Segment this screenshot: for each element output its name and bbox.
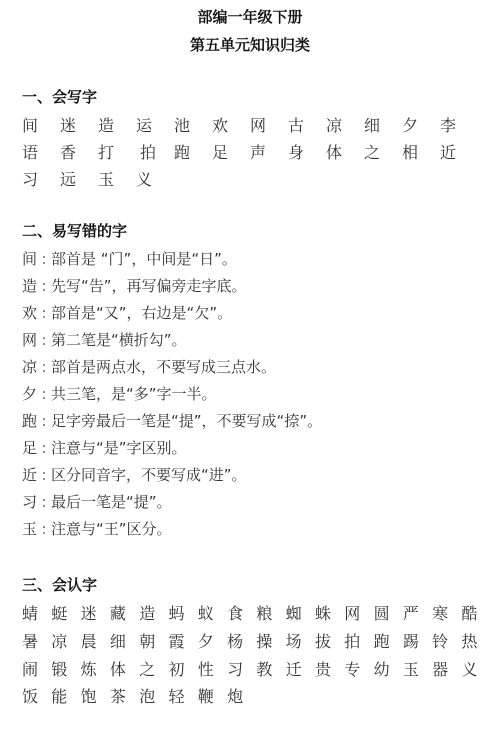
char: 夕 bbox=[402, 113, 440, 136]
char: 专 bbox=[344, 657, 373, 680]
char: 义 bbox=[136, 167, 174, 190]
note-char: 玉 bbox=[22, 518, 37, 539]
error-note-item: 足:注意与“是”字区别。 bbox=[22, 437, 187, 458]
section1-char-row: 间 迷 造 运 池 欢 网 古 凉 细 夕 李 bbox=[22, 113, 478, 136]
char: 泡 bbox=[139, 684, 168, 707]
char: 性 bbox=[198, 657, 227, 680]
char: 近 bbox=[440, 140, 478, 163]
char: 蜘 bbox=[286, 601, 315, 624]
note-text: 部首是“又”，右边是“欠”。 bbox=[51, 304, 232, 322]
error-note-item: 习:最后一笔是“提”。 bbox=[22, 491, 172, 512]
char: 间 bbox=[22, 113, 60, 136]
char: 体 bbox=[110, 657, 139, 680]
char: 声 bbox=[250, 140, 288, 163]
error-note-item: 造:先写“告”，再写偏旁走字底。 bbox=[22, 275, 247, 296]
char: 细 bbox=[364, 113, 402, 136]
char: 语 bbox=[22, 140, 60, 163]
note-text: 注意与“王”区分。 bbox=[51, 520, 172, 538]
note-separator: : bbox=[37, 412, 51, 430]
char: 体 bbox=[326, 140, 364, 163]
char: 杨 bbox=[227, 629, 256, 652]
char: 拍 bbox=[344, 629, 373, 652]
note-separator: : bbox=[37, 385, 51, 403]
char: 欢 bbox=[212, 113, 250, 136]
char: 能 bbox=[51, 684, 80, 707]
error-note-item: 欢:部首是“又”，右边是“欠”。 bbox=[22, 302, 232, 323]
char: 幼 bbox=[374, 657, 403, 680]
char: 造 bbox=[98, 113, 136, 136]
section2-heading: 二、易写错的字 bbox=[22, 220, 127, 241]
char: 踢 bbox=[403, 629, 432, 652]
char: 凉 bbox=[326, 113, 364, 136]
char: 网 bbox=[250, 113, 288, 136]
char: 夕 bbox=[198, 629, 227, 652]
char: 之 bbox=[139, 657, 168, 680]
char: 造 bbox=[139, 601, 168, 624]
char: 圆 bbox=[374, 601, 403, 624]
note-char: 欢 bbox=[22, 302, 37, 323]
char: 食 bbox=[227, 601, 256, 624]
char: 足 bbox=[212, 140, 250, 163]
section3-char-row: 暑 凉 晨 细 朝 霞 夕 杨 操 场 拔 拍 跑 踢 铃 热 bbox=[22, 629, 491, 652]
section3-char-row: 闹 锻 炼 体 之 初 性 习 教 迁 贵 专 幼 玉 器 义 bbox=[22, 657, 491, 680]
char: 蚁 bbox=[198, 601, 227, 624]
char: 细 bbox=[110, 629, 139, 652]
note-char: 习 bbox=[22, 491, 37, 512]
char: 身 bbox=[288, 140, 326, 163]
note-separator: : bbox=[37, 466, 51, 484]
note-separator: : bbox=[37, 358, 51, 376]
char: 闹 bbox=[22, 657, 51, 680]
note-separator: : bbox=[37, 439, 51, 457]
char: 远 bbox=[60, 167, 98, 190]
char: 蜻 bbox=[22, 601, 51, 624]
char: 义 bbox=[461, 657, 490, 680]
note-separator: : bbox=[37, 331, 51, 349]
note-char: 跑 bbox=[22, 410, 37, 431]
error-note-item: 近:区分同音字，不要写成“进”。 bbox=[22, 464, 247, 485]
char: 拍 bbox=[136, 140, 174, 163]
char: 炮 bbox=[227, 684, 256, 707]
char: 朝 bbox=[139, 629, 168, 652]
char: 迁 bbox=[286, 657, 315, 680]
error-note-item: 间:部首是 “门”，中间是“日”。 bbox=[22, 248, 237, 269]
note-char: 间 bbox=[22, 248, 37, 269]
char: 饱 bbox=[81, 684, 110, 707]
char: 酷 bbox=[461, 601, 490, 624]
section1-char-row: 语 香 打 拍 跑 足 声 身 体 之 相 近 bbox=[22, 140, 478, 163]
char: 场 bbox=[286, 629, 315, 652]
char: 相 bbox=[402, 140, 440, 163]
char: 跑 bbox=[174, 140, 212, 163]
note-char: 足 bbox=[22, 437, 37, 458]
char: 网 bbox=[344, 601, 373, 624]
section3-char-row: 饭 能 饱 茶 泡 轻 鞭 炮 bbox=[22, 684, 256, 707]
error-note-item: 夕:共三笔，是“多”字一半。 bbox=[22, 383, 217, 404]
document-title-line1: 部编一年级下册 bbox=[0, 6, 500, 27]
char: 锻 bbox=[51, 657, 80, 680]
document-title-line2: 第五单元知识归类 bbox=[0, 34, 500, 55]
char: 运 bbox=[136, 113, 174, 136]
char: 晨 bbox=[81, 629, 110, 652]
char: 蚂 bbox=[168, 601, 197, 624]
char: 李 bbox=[440, 113, 478, 136]
note-text: 注意与“是”字区别。 bbox=[51, 439, 187, 457]
char: 跑 bbox=[374, 629, 403, 652]
char: 古 bbox=[288, 113, 326, 136]
char: 严 bbox=[403, 601, 432, 624]
char: 玉 bbox=[403, 657, 432, 680]
note-text: 第二笔是“横折勾”。 bbox=[51, 331, 187, 349]
section1-heading: 一、会写字 bbox=[22, 86, 97, 107]
char: 迷 bbox=[81, 601, 110, 624]
error-note-item: 凉:部首是两点水，不要写成三点水。 bbox=[22, 356, 276, 377]
note-text: 区分同音字，不要写成“进”。 bbox=[51, 466, 247, 484]
note-text: 先写“告”，再写偏旁走字底。 bbox=[51, 277, 247, 295]
char: 之 bbox=[364, 140, 402, 163]
note-text: 部首是两点水，不要写成三点水。 bbox=[51, 358, 276, 376]
note-separator: : bbox=[37, 277, 51, 295]
note-text: 足字旁最后一笔是“提”，不要写成“捺”。 bbox=[51, 412, 322, 430]
char: 鞭 bbox=[198, 684, 227, 707]
note-char: 夕 bbox=[22, 383, 37, 404]
note-text: 共三笔，是“多”字一半。 bbox=[51, 385, 217, 403]
char: 铃 bbox=[432, 629, 461, 652]
char: 蛛 bbox=[315, 601, 344, 624]
char: 凉 bbox=[51, 629, 80, 652]
char: 香 bbox=[60, 140, 98, 163]
char: 霞 bbox=[168, 629, 197, 652]
char: 寒 bbox=[432, 601, 461, 624]
error-note-item: 玉:注意与“王”区分。 bbox=[22, 518, 172, 539]
char: 粮 bbox=[256, 601, 285, 624]
note-char: 造 bbox=[22, 275, 37, 296]
char: 茶 bbox=[110, 684, 139, 707]
section1-char-row: 习 远 玉 义 bbox=[22, 167, 174, 190]
char: 池 bbox=[174, 113, 212, 136]
char: 贵 bbox=[315, 657, 344, 680]
char: 习 bbox=[227, 657, 256, 680]
error-note-item: 跑:足字旁最后一笔是“提”，不要写成“捺”。 bbox=[22, 410, 322, 431]
note-char: 凉 bbox=[22, 356, 37, 377]
section3-heading: 三、会认字 bbox=[22, 574, 97, 595]
char: 玉 bbox=[98, 167, 136, 190]
char: 迷 bbox=[60, 113, 98, 136]
char: 教 bbox=[256, 657, 285, 680]
char: 暑 bbox=[22, 629, 51, 652]
char: 饭 bbox=[22, 684, 51, 707]
note-text: 部首是 “门”，中间是“日”。 bbox=[51, 250, 237, 268]
char: 藏 bbox=[110, 601, 139, 624]
note-separator: : bbox=[37, 250, 51, 268]
section3-char-row: 蜻 蜓 迷 藏 造 蚂 蚁 食 粮 蜘 蛛 网 圆 严 寒 酷 bbox=[22, 601, 491, 624]
note-separator: : bbox=[37, 520, 51, 538]
char: 热 bbox=[461, 629, 490, 652]
char: 操 bbox=[256, 629, 285, 652]
note-char: 网 bbox=[22, 329, 37, 350]
char: 习 bbox=[22, 167, 60, 190]
char: 蜓 bbox=[51, 601, 80, 624]
note-text: 最后一笔是“提”。 bbox=[51, 493, 172, 511]
char: 初 bbox=[168, 657, 197, 680]
error-note-item: 网:第二笔是“横折勾”。 bbox=[22, 329, 187, 350]
char: 拔 bbox=[315, 629, 344, 652]
note-separator: : bbox=[37, 493, 51, 511]
note-separator: : bbox=[37, 304, 51, 322]
char: 打 bbox=[98, 140, 136, 163]
char: 炼 bbox=[81, 657, 110, 680]
char: 器 bbox=[432, 657, 461, 680]
char: 轻 bbox=[168, 684, 197, 707]
note-char: 近 bbox=[22, 464, 37, 485]
